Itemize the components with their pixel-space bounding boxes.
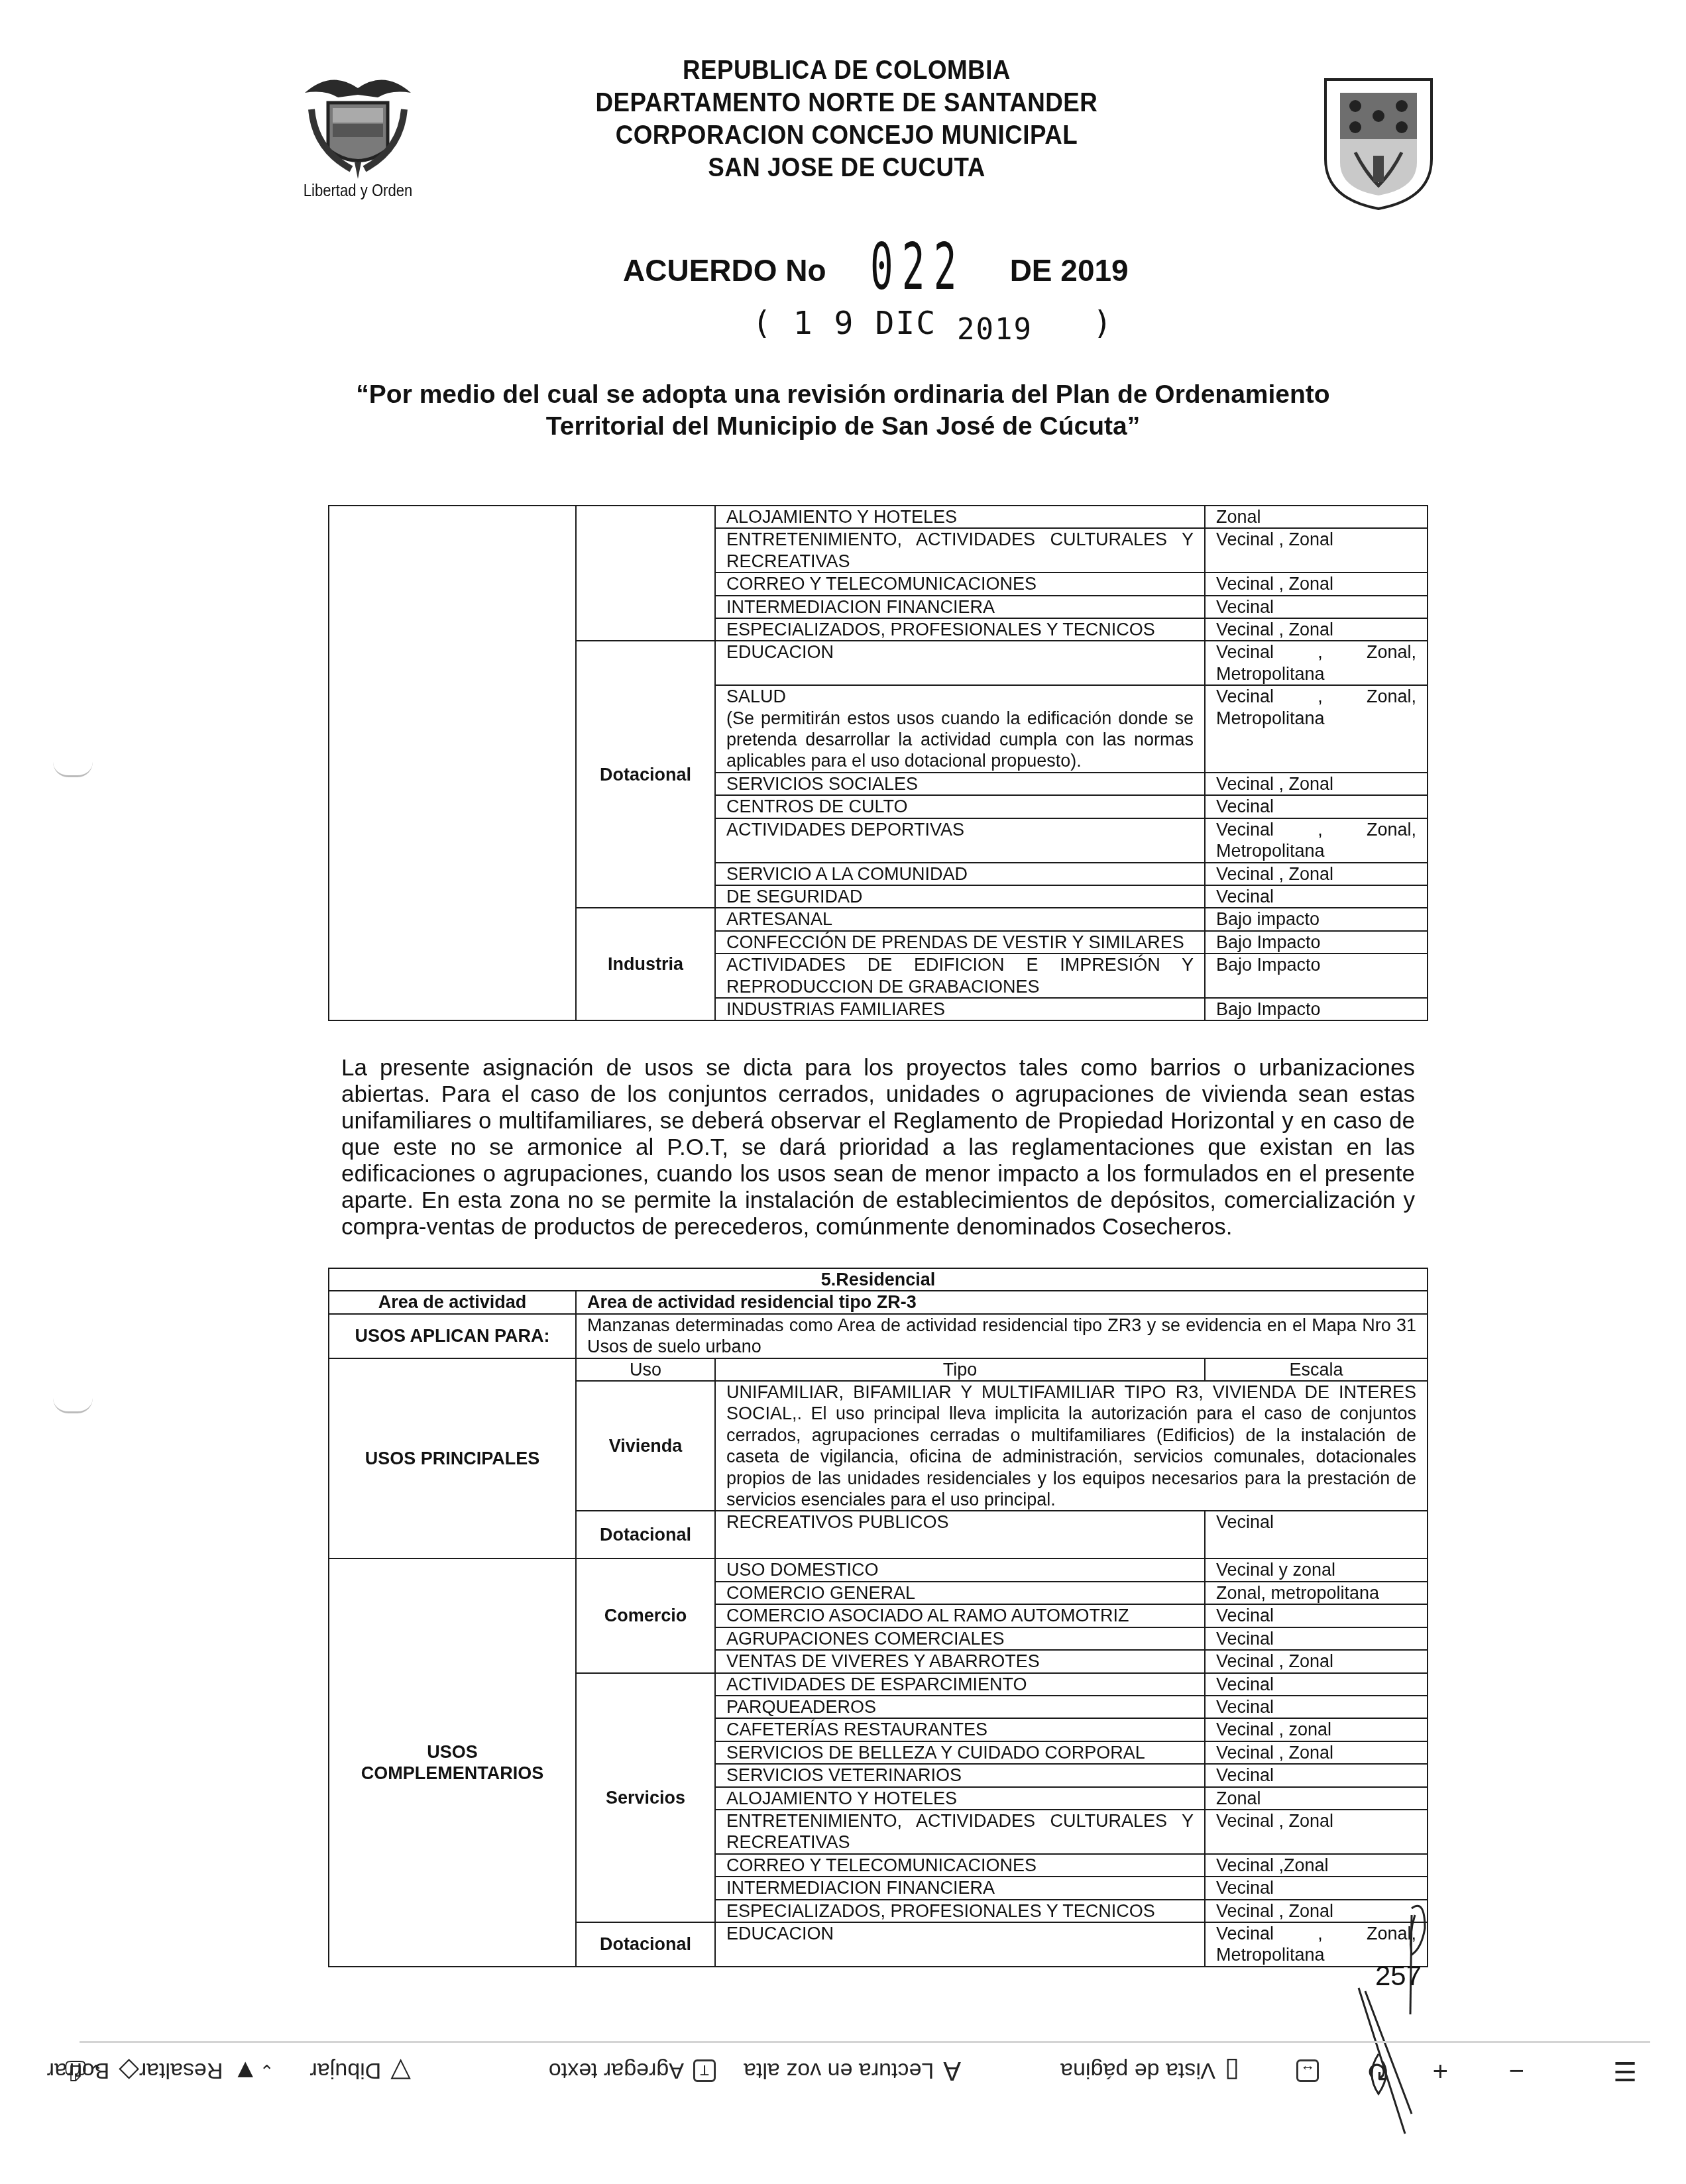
header-line-4: SAN JOSE DE CUCUTA — [71, 152, 1622, 184]
escala-cell: Vecinal — [1205, 1764, 1428, 1786]
tipo-cell: ESPECIALIZADOS, PROFESIONALES Y TECNICOS — [715, 1900, 1205, 1922]
page-view-icon: ▯ — [1225, 2057, 1239, 2084]
escala-cell: Vecinal , Zonal — [1205, 1650, 1428, 1672]
section-label: USOS COMPLEMENTARIOS — [329, 1558, 576, 1966]
escala-cell: Bajo Impacto — [1205, 954, 1428, 998]
toolbar-add-text-button[interactable]: TAgregar texto — [549, 2056, 716, 2085]
tipo-cell: EDUCACION — [715, 1922, 1205, 1967]
header-line-2: DEPARTAMENTO NORTE DE SANTANDER — [71, 87, 1622, 119]
acuerdo-prefix: ACUERDO No — [623, 253, 826, 288]
tipo-cell: USO DOMESTICO — [715, 1558, 1205, 1581]
toolbar-label: Lectura en voz alta — [744, 2058, 934, 2084]
tipo-cell: EDUCACION — [715, 641, 1205, 685]
tipo-cell: AGRUPACIONES COMERCIALES — [715, 1627, 1205, 1650]
acuerdo-heading: ACUERDO No 022 DE 2019 — [623, 222, 1129, 296]
tipo-cell: COMERCIO ASOCIADO AL RAMO AUTOMOTRIZ — [715, 1604, 1205, 1627]
date-open-paren: ( — [752, 305, 773, 342]
uso-cell: Comercio — [576, 1558, 715, 1672]
escala-cell: Vecinal — [1205, 1511, 1428, 1558]
escala-cell: Vecinal — [1205, 885, 1428, 908]
toolbar-list-button[interactable]: ☰ — [1613, 2056, 1637, 2085]
uso-cell: Dotacional — [576, 1511, 715, 1558]
document-title-line-1: “Por medio del cual se adopta una revisi… — [0, 379, 1686, 411]
tipo-cell: SERVICIOS SOCIALES — [715, 773, 1205, 795]
escala-cell: Vecinal — [1205, 1673, 1428, 1696]
escala-cell: Vecinal ,Zonal — [1205, 1854, 1428, 1877]
tipo-cell: VENTAS DE VIVERES Y ABARROTES — [715, 1650, 1205, 1672]
aplican-value: Manzanas determinadas como Area de activ… — [576, 1314, 1428, 1358]
header-line-1: REPUBLICA DE COLOMBIA — [71, 54, 1622, 86]
tipo-cell: ACTIVIDADES DEPORTIVAS — [715, 818, 1205, 863]
add-text-icon: T — [693, 2059, 716, 2082]
document-title-line-2: Territorial del Municipio de San José de… — [0, 411, 1686, 443]
escala-cell: Vecinal , Zonal — [1205, 573, 1428, 595]
escala-cell: Vecinal , Zonal — [1205, 1900, 1428, 1922]
escala-cell: Vecinal — [1205, 1627, 1428, 1650]
toolbar-label: Resaltar — [139, 2058, 223, 2084]
tipo-cell: DE SEGURIDAD — [715, 885, 1205, 908]
escala-cell: Bajo impacto — [1205, 908, 1428, 930]
tipo-cell: ACTIVIDADES DE ESPARCIMIENTO — [715, 1673, 1205, 1696]
uso-cell: Vivienda — [576, 1381, 715, 1511]
acuerdo-suffix: DE 2019 — [1010, 253, 1129, 288]
uso-cell: Industria — [576, 908, 715, 1020]
print-icon: ⎙ — [65, 2057, 86, 2084]
escala-cell: Vecinal , Zonal — [1205, 773, 1428, 795]
escala-cell: Vecinal , Zonal — [1205, 618, 1428, 641]
tipo-cell: INTERMEDIACION FINANCIERA — [715, 596, 1205, 618]
column-header-escala: Escala — [1205, 1358, 1428, 1381]
scan-artifact — [53, 1398, 93, 1413]
chevron-down-icon[interactable]: ⌄ — [260, 2061, 274, 2081]
toolbar-draw-button[interactable]: ▽Dibujar⌄ — [260, 2056, 411, 2085]
escala-cell: Vecinal , Zonal, Metropolitana — [1205, 641, 1428, 685]
tipo-cell: SERVICIO A LA COMUNIDAD — [715, 863, 1205, 885]
tipo-cell: ALOJAMIENTO Y HOTELES — [715, 506, 1205, 528]
escala-cell: Vecinal , Zonal, Metropolitana — [1205, 818, 1428, 863]
column-header-tipo: Tipo — [715, 1358, 1205, 1381]
tipo-cell: CORREO Y TELECOMUNICACIONES — [715, 1854, 1205, 1877]
escala-cell: Vecinal , zonal — [1205, 1718, 1428, 1741]
toolbar-print-button[interactable]: ⎙ — [65, 2056, 86, 2085]
escala-cell: Vecinal , Zonal — [1205, 1810, 1428, 1854]
escala-cell: Vecinal y zonal — [1205, 1558, 1428, 1581]
tipo-cell: INDUSTRIAS FAMILIARES — [715, 998, 1205, 1020]
tipo-cell: SERVICIOS DE BELLEZA Y CUIDADO CORPORAL — [715, 1741, 1205, 1764]
section-label: USOS PRINCIPALES — [329, 1358, 576, 1559]
acuerdo-number: 022 — [870, 230, 966, 304]
tipo-cell: CONFECCIÓN DE PRENDAS DE VESTIR Y SIMILA… — [715, 931, 1205, 954]
table-title: 5.Residencial — [329, 1268, 1428, 1291]
toolbar-label: Dibujar — [310, 2058, 382, 2084]
escala-cell: Vecinal — [1205, 596, 1428, 618]
table-row: USOS COMPLEMENTARIOSComercioUSO DOMESTIC… — [329, 1558, 1428, 1581]
tipo-cell: ALOJAMIENTO Y HOTELES — [715, 1787, 1205, 1810]
category-cell — [329, 506, 576, 1020]
escala-cell: Vecinal — [1205, 1696, 1428, 1718]
escala-cell: Bajo Impacto — [1205, 931, 1428, 954]
erase-icon: ◇ — [119, 2057, 139, 2084]
draw-icon: ▽ — [390, 2057, 411, 2084]
escala-cell: Vecinal , Zonal, Metropolitana — [1205, 685, 1428, 773]
escala-cell: Vecinal , Zonal — [1205, 528, 1428, 573]
zoom-out-icon: − — [1509, 2057, 1524, 2084]
escala-cell: Zonal, metropolitana — [1205, 1582, 1428, 1604]
date-day-month: 1 9 DIC — [793, 305, 936, 342]
tipo-cell: INTERMEDIACION FINANCIERA — [715, 1877, 1205, 1899]
tipo-cell: PARQUEADEROS — [715, 1696, 1205, 1718]
pdf-viewer-toolbar: ☰−+↻↔▯Vista de páginaALectura en voz alt… — [80, 2051, 1650, 2091]
tipo-cell: CAFETERÍAS RESTAURANTES — [715, 1718, 1205, 1741]
tipo-cell: SALUD (Se permitirán estos usos cuando l… — [715, 685, 1205, 773]
escala-cell: Vecinal — [1205, 795, 1428, 818]
usage-table-continued: ALOJAMIENTO Y HOTELESZonalENTRETENIMIENT… — [328, 505, 1428, 1021]
table-row: ALOJAMIENTO Y HOTELESZonal — [329, 506, 1428, 528]
tipo-cell: ENTRETENIMIENTO, ACTIVIDADES CULTURALES … — [715, 1810, 1205, 1854]
tipo-cell: ENTRETENIMIENTO, ACTIVIDADES CULTURALES … — [715, 528, 1205, 573]
list-icon: ☰ — [1613, 2057, 1637, 2084]
uso-cell — [576, 506, 715, 641]
tipo-cell: RECREATIVOS PUBLICOS — [715, 1511, 1205, 1558]
toolbar-read-aloud-button[interactable]: ALectura en voz alta — [744, 2056, 961, 2085]
area-label: Area de actividad — [329, 1291, 576, 1313]
toolbar-page-view-button[interactable]: ▯Vista de página — [1060, 2056, 1239, 2085]
date-close-paren: ) — [1093, 305, 1113, 342]
body-paragraph: La presente asignación de usos se dicta … — [341, 1055, 1415, 1240]
escala-cell: Zonal — [1205, 1787, 1428, 1810]
escala-cell: Bajo Impacto — [1205, 998, 1428, 1020]
date-stamp: ( 1 9 DIC 2019 ) — [752, 305, 1113, 342]
aplican-label: USOS APLICAN PARA: — [329, 1314, 576, 1358]
column-header-uso: Uso — [576, 1358, 715, 1381]
escala-cell: Vecinal , Zonal — [1205, 1741, 1428, 1764]
toolbar-zoom-in-button[interactable]: + — [1433, 2056, 1448, 2085]
zoom-in-icon: + — [1433, 2057, 1448, 2084]
uso-cell: Dotacional — [576, 1922, 715, 1967]
escala-cell: Vecinal — [1205, 1604, 1428, 1627]
toolbar-rotate-button[interactable]: ↻ — [1366, 2056, 1388, 2085]
toolbar-fit-width-button[interactable]: ↔ — [1296, 2056, 1319, 2085]
highlight-icon: ▼ — [232, 2057, 258, 2084]
read-aloud-icon: A — [943, 2057, 961, 2084]
scan-artifact — [53, 762, 93, 777]
toolbar-zoom-out-button[interactable]: − — [1509, 2056, 1524, 2085]
tipo-cell: UNIFAMILIAR, BIFAMILIAR Y MULTIFAMILIAR … — [715, 1381, 1428, 1511]
residential-zr3-table: 5.ResidencialArea de actividadArea de ac… — [328, 1268, 1428, 1967]
uso-cell: Dotacional — [576, 641, 715, 908]
tipo-cell: CORREO Y TELECOMUNICACIONES — [715, 573, 1205, 595]
escala-cell: Vecinal , Zonal — [1205, 863, 1428, 885]
rotate-icon: ↻ — [1366, 2057, 1388, 2084]
toolbar-label: Vista de página — [1060, 2058, 1215, 2084]
tipo-cell: ESPECIALIZADOS, PROFESIONALES Y TECNICOS — [715, 618, 1205, 641]
area-value: Area de actividad residencial tipo ZR-3 — [576, 1291, 1428, 1313]
toolbar-erase-button[interactable]: ◇Borrar — [47, 2056, 139, 2085]
tipo-cell: CENTROS DE CULTO — [715, 795, 1205, 818]
tipo-cell: ACTIVIDADES DE EDIFICION E IMPRESIÓN Y R… — [715, 954, 1205, 998]
uso-cell: Servicios — [576, 1673, 715, 1922]
header-line-3: CORPORACION CONCEJO MUNICIPAL — [71, 119, 1622, 151]
fit-width-icon: ↔ — [1296, 2059, 1319, 2082]
escala-cell: Zonal — [1205, 506, 1428, 528]
toolbar-divider — [80, 2041, 1650, 2043]
tipo-cell: COMERCIO GENERAL — [715, 1582, 1205, 1604]
tipo-cell: ARTESANAL — [715, 908, 1205, 930]
tipo-cell: SERVICIOS VETERINARIOS — [715, 1764, 1205, 1786]
date-year: 2019 — [957, 313, 1033, 347]
toolbar-label: Agregar texto — [549, 2058, 684, 2084]
escala-cell: Vecinal — [1205, 1877, 1428, 1899]
